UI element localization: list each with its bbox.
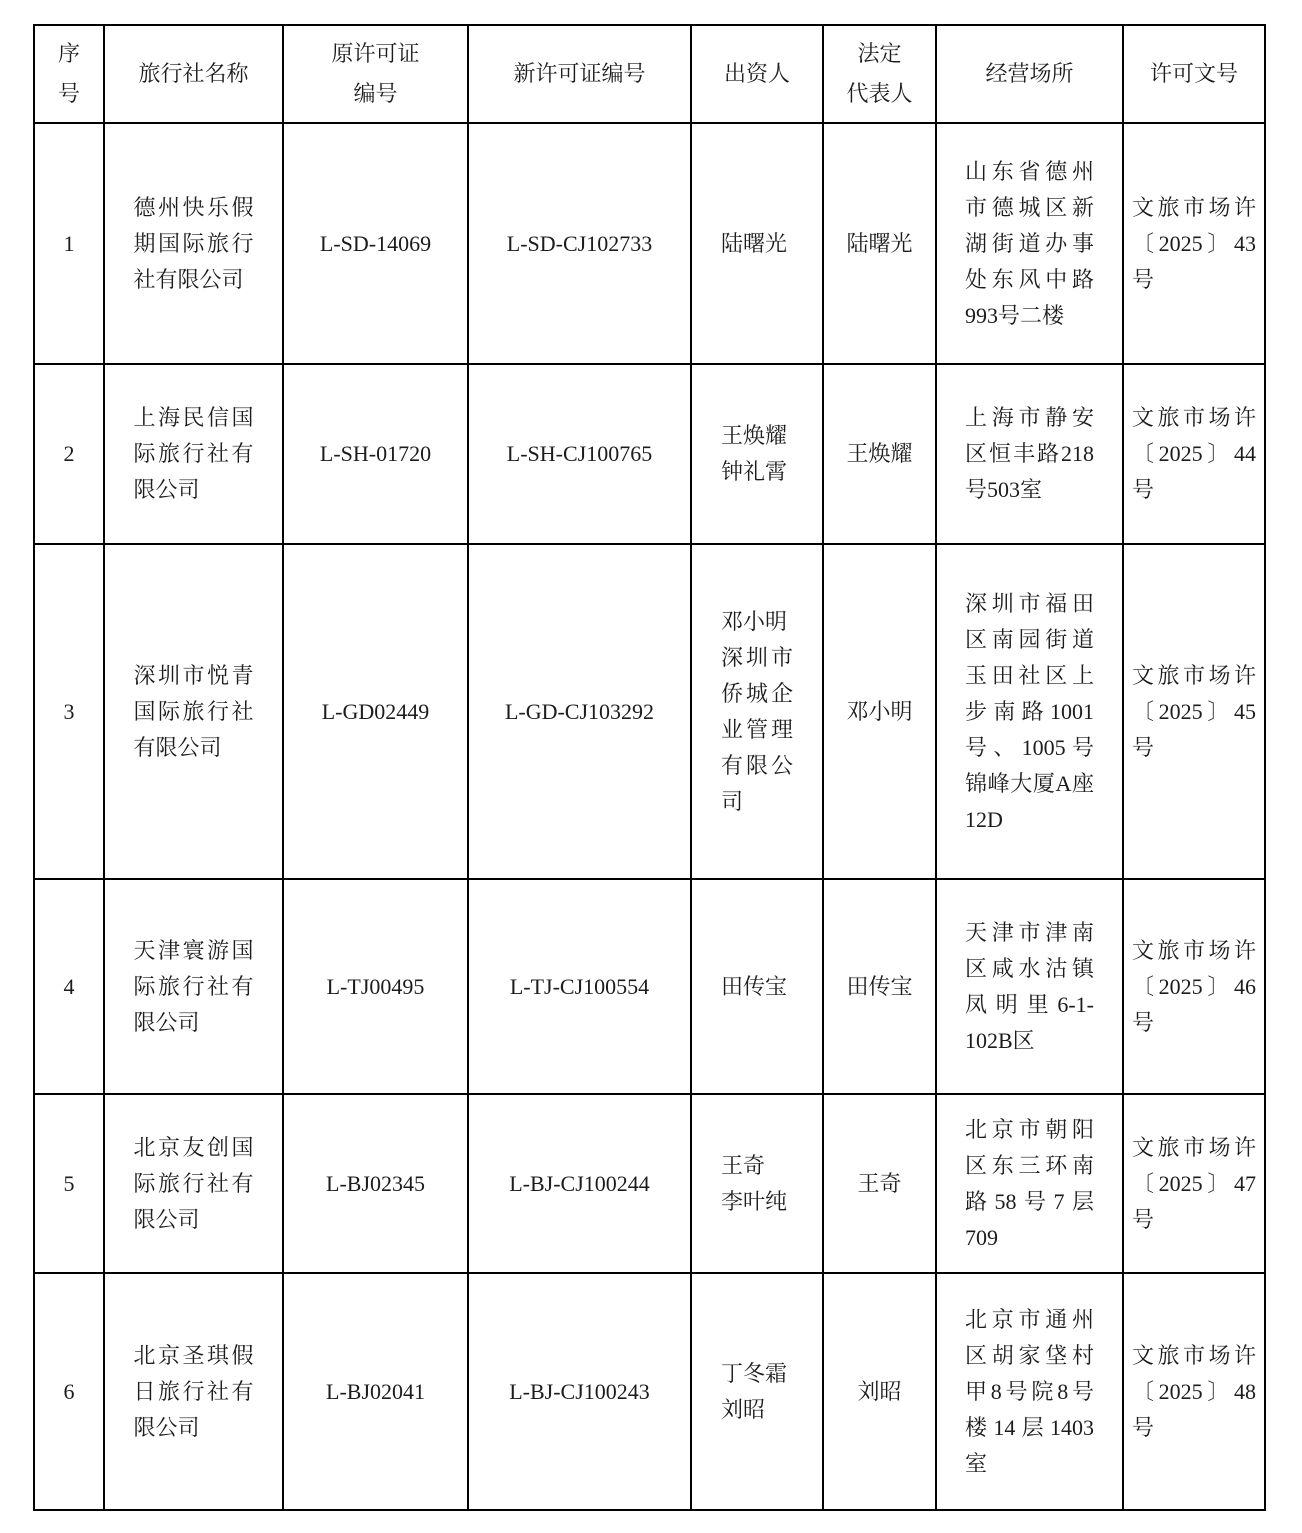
col-header-investor-label: 出资人 (724, 61, 790, 86)
premises-value: 山东省德州市德城区新湖街道办事处东风中路993号二楼 (965, 154, 1094, 334)
cell-agency-name: 北京友创国际旅行社有限公司 (104, 1094, 283, 1273)
old-license-value: L-BJ02041 (286, 1374, 465, 1410)
cell-investor: 邓小明 深圳市侨城企业管理有限公司 (691, 544, 823, 879)
old-license-value: L-GD02449 (286, 694, 465, 730)
col-header-new-license: 新许可证编号 (468, 25, 691, 123)
cell-agency-name: 天津寰游国际旅行社有限公司 (104, 879, 283, 1094)
cell-legal-rep: 田传宝 (823, 879, 936, 1094)
cell-new-license: L-TJ-CJ100554 (468, 879, 691, 1094)
cell-legal-rep: 刘昭 (823, 1273, 936, 1510)
investor-value: 王奇 李叶纯 (721, 1148, 793, 1220)
permit-doc-value: 文旅市场许〔2025〕47号 (1132, 1130, 1256, 1238)
cell-investor: 王奇 李叶纯 (691, 1094, 823, 1273)
cell-permit-doc: 文旅市场许〔2025〕45号 (1123, 544, 1265, 879)
old-license-value: L-SH-01720 (286, 436, 465, 472)
cell-premises: 上海市静安区恒丰路218号503室 (936, 364, 1123, 544)
cell-new-license: L-GD-CJ103292 (468, 544, 691, 879)
col-header-legal-rep: 法定 代表人 (823, 25, 936, 123)
legal-rep-value: 王焕耀 (826, 436, 933, 472)
legal-rep-value: 邓小明 (826, 694, 933, 730)
legal-rep-value: 陆曙光 (826, 226, 933, 262)
cell-premises: 北京市通州区胡家垡村甲8号院8号楼14层1403室 (936, 1273, 1123, 1510)
permit-doc-value: 文旅市场许〔2025〕46号 (1132, 933, 1256, 1041)
agency-name-value: 北京友创国际旅行社有限公司 (134, 1130, 254, 1238)
cell-permit-doc: 文旅市场许〔2025〕46号 (1123, 879, 1265, 1094)
table-row: 1 德州快乐假期国际旅行社有限公司 L-SD-14069 L-SD-CJ1027… (34, 123, 1265, 364)
col-header-old-license-label: 原许可证 编号 (331, 41, 419, 106)
cell-investor: 田传宝 (691, 879, 823, 1094)
investor-value: 邓小明 深圳市侨城企业管理有限公司 (721, 604, 793, 820)
cell-premises: 深圳市福田区南园街道玉田社区上步南路1001号、1005号锦峰大厦A座12D (936, 544, 1123, 879)
cell-old-license: L-SH-01720 (283, 364, 468, 544)
agency-name-value: 深圳市悦青国际旅行社有限公司 (134, 658, 254, 766)
investor-value: 陆曙光 (721, 226, 793, 262)
cell-old-license: L-GD02449 (283, 544, 468, 879)
table-row: 5 北京友创国际旅行社有限公司 L-BJ02345 L-BJ-CJ100244 … (34, 1094, 1265, 1273)
col-header-premises-label: 经营场所 (985, 61, 1073, 86)
col-header-permit-doc-label: 许可文号 (1150, 61, 1238, 86)
col-header-new-license-label: 新许可证编号 (513, 61, 645, 86)
agency-name-value: 德州快乐假期国际旅行社有限公司 (134, 190, 254, 298)
cell-old-license: L-SD-14069 (283, 123, 468, 364)
agency-name-value: 上海民信国际旅行社有限公司 (134, 400, 254, 508)
col-header-legal-rep-label: 法定 代表人 (846, 41, 912, 106)
new-license-value: L-SH-CJ100765 (471, 436, 688, 472)
col-header-seq-label: 序 号 (58, 41, 80, 106)
seq-value: 1 (37, 226, 101, 262)
cell-new-license: L-SH-CJ100765 (468, 364, 691, 544)
cell-premises: 天津市津南区咸水沽镇凤明里6-1-102B区 (936, 879, 1123, 1094)
cell-old-license: L-BJ02345 (283, 1094, 468, 1273)
seq-value: 3 (37, 694, 101, 730)
premises-value: 天津市津南区咸水沽镇凤明里6-1-102B区 (965, 915, 1094, 1059)
cell-old-license: L-TJ00495 (283, 879, 468, 1094)
cell-agency-name: 德州快乐假期国际旅行社有限公司 (104, 123, 283, 364)
permit-doc-value: 文旅市场许〔2025〕45号 (1132, 658, 1256, 766)
cell-seq: 2 (34, 364, 104, 544)
new-license-value: L-TJ-CJ100554 (471, 969, 688, 1005)
cell-legal-rep: 陆曙光 (823, 123, 936, 364)
legal-rep-value: 田传宝 (826, 969, 933, 1005)
legal-rep-value: 刘昭 (826, 1374, 933, 1410)
cell-seq: 5 (34, 1094, 104, 1273)
col-header-seq: 序 号 (34, 25, 104, 123)
col-header-agency-name: 旅行社名称 (104, 25, 283, 123)
col-header-agency-name-label: 旅行社名称 (138, 61, 248, 86)
old-license-value: L-BJ02345 (286, 1166, 465, 1202)
cell-permit-doc: 文旅市场许〔2025〕44号 (1123, 364, 1265, 544)
old-license-value: L-TJ00495 (286, 969, 465, 1005)
investor-value: 丁冬霜 刘昭 (721, 1356, 793, 1428)
new-license-value: L-SD-CJ102733 (471, 226, 688, 262)
cell-seq: 1 (34, 123, 104, 364)
agency-name-value: 北京圣琪假日旅行社有限公司 (134, 1338, 254, 1446)
cell-new-license: L-BJ-CJ100244 (468, 1094, 691, 1273)
investor-value: 王焕耀 钟礼霄 (721, 418, 793, 490)
investor-value: 田传宝 (721, 969, 793, 1005)
old-license-value: L-SD-14069 (286, 226, 465, 262)
table-row: 2 上海民信国际旅行社有限公司 L-SH-01720 L-SH-CJ100765… (34, 364, 1265, 544)
seq-value: 4 (37, 969, 101, 1005)
cell-new-license: L-SD-CJ102733 (468, 123, 691, 364)
cell-agency-name: 北京圣琪假日旅行社有限公司 (104, 1273, 283, 1510)
travel-agency-license-table: 序 号 旅行社名称 原许可证 编号 新许可证编号 出资人 法定 代表人 经营场所… (33, 24, 1266, 1511)
cell-agency-name: 上海民信国际旅行社有限公司 (104, 364, 283, 544)
col-header-premises: 经营场所 (936, 25, 1123, 123)
cell-agency-name: 深圳市悦青国际旅行社有限公司 (104, 544, 283, 879)
cell-legal-rep: 王焕耀 (823, 364, 936, 544)
col-header-investor: 出资人 (691, 25, 823, 123)
col-header-permit-doc: 许可文号 (1123, 25, 1265, 123)
cell-permit-doc: 文旅市场许〔2025〕47号 (1123, 1094, 1265, 1273)
premises-value: 北京市通州区胡家垡村甲8号院8号楼14层1403室 (965, 1302, 1094, 1482)
legal-rep-value: 王奇 (826, 1166, 933, 1202)
cell-investor: 王焕耀 钟礼霄 (691, 364, 823, 544)
cell-premises: 北京市朝阳区东三环南路58号7层709 (936, 1094, 1123, 1273)
premises-value: 北京市朝阳区东三环南路58号7层709 (965, 1112, 1094, 1256)
cell-new-license: L-BJ-CJ100243 (468, 1273, 691, 1510)
cell-legal-rep: 王奇 (823, 1094, 936, 1273)
cell-seq: 6 (34, 1273, 104, 1510)
table-row: 4 天津寰游国际旅行社有限公司 L-TJ00495 L-TJ-CJ100554 … (34, 879, 1265, 1094)
cell-permit-doc: 文旅市场许〔2025〕48号 (1123, 1273, 1265, 1510)
cell-old-license: L-BJ02041 (283, 1273, 468, 1510)
new-license-value: L-BJ-CJ100243 (471, 1374, 688, 1410)
seq-value: 5 (37, 1166, 101, 1202)
table-row: 6 北京圣琪假日旅行社有限公司 L-BJ02041 L-BJ-CJ100243 … (34, 1273, 1265, 1510)
table-row: 3 深圳市悦青国际旅行社有限公司 L-GD02449 L-GD-CJ103292… (34, 544, 1265, 879)
agency-name-value: 天津寰游国际旅行社有限公司 (134, 933, 254, 1041)
cell-permit-doc: 文旅市场许〔2025〕43号 (1123, 123, 1265, 364)
seq-value: 6 (37, 1374, 101, 1410)
new-license-value: L-BJ-CJ100244 (471, 1166, 688, 1202)
new-license-value: L-GD-CJ103292 (471, 694, 688, 730)
permit-doc-value: 文旅市场许〔2025〕48号 (1132, 1338, 1256, 1446)
cell-seq: 3 (34, 544, 104, 879)
header-row: 序 号 旅行社名称 原许可证 编号 新许可证编号 出资人 法定 代表人 经营场所… (34, 25, 1265, 123)
cell-investor: 丁冬霜 刘昭 (691, 1273, 823, 1510)
cell-legal-rep: 邓小明 (823, 544, 936, 879)
permit-doc-value: 文旅市场许〔2025〕43号 (1132, 190, 1256, 298)
premises-value: 深圳市福田区南园街道玉田社区上步南路1001号、1005号锦峰大厦A座12D (965, 586, 1094, 838)
col-header-old-license: 原许可证 编号 (283, 25, 468, 123)
premises-value: 上海市静安区恒丰路218号503室 (965, 400, 1094, 508)
cell-investor: 陆曙光 (691, 123, 823, 364)
permit-doc-value: 文旅市场许〔2025〕44号 (1132, 400, 1256, 508)
seq-value: 2 (37, 436, 101, 472)
cell-seq: 4 (34, 879, 104, 1094)
cell-premises: 山东省德州市德城区新湖街道办事处东风中路993号二楼 (936, 123, 1123, 364)
